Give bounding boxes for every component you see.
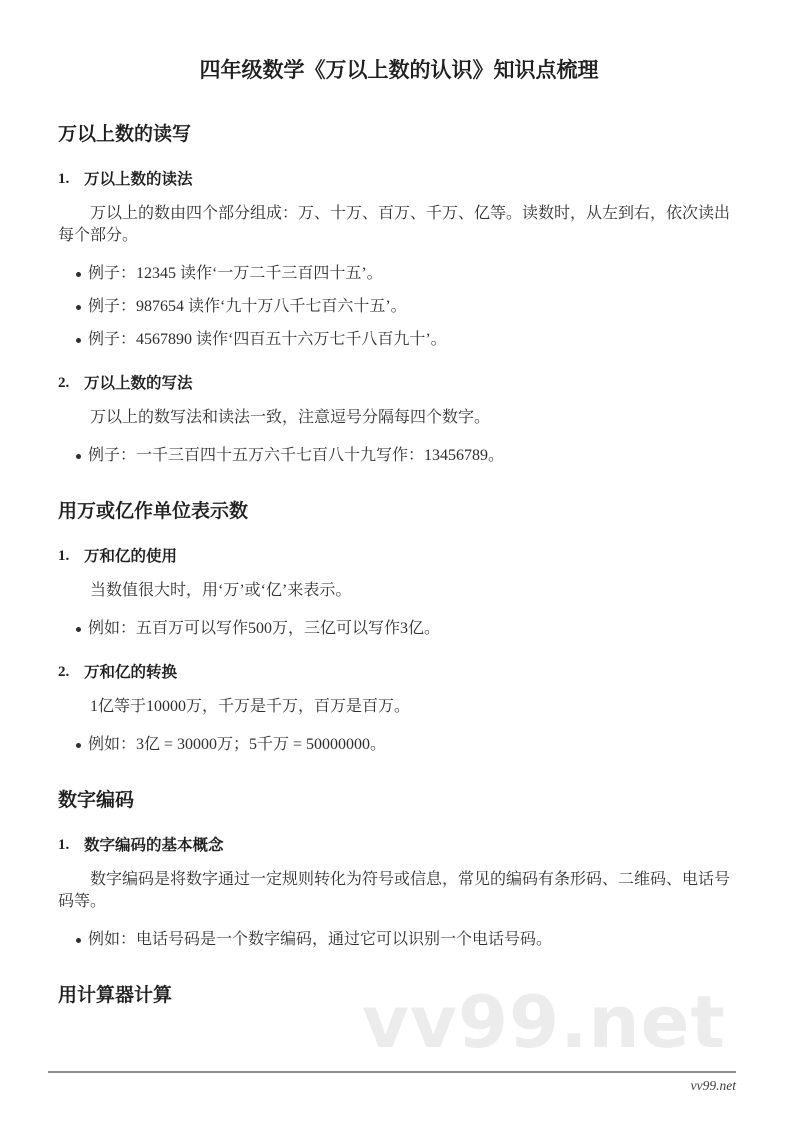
document-page: vv99.net 四年级数学《万以上数的认识》知识点梳理 万以上数的读写 1. … [0,0,800,1130]
numbered-subheading: 1. 数字编码的基本概念 [58,835,740,856]
section-heading: 数字编码 [58,789,740,813]
section-heading: 用计算器计算 [58,984,740,1008]
bullet-list: 例如：3亿 = 30000万；5千万 = 50000000。 [58,734,740,756]
body-paragraph: 数字编码是将数字通过一定规则转化为符号或信息，常见的编码有条形码、二维码、电话号… [58,869,740,913]
numbered-subheading: 2. 万和亿的转换 [58,662,740,683]
item-number: 2. [58,373,84,394]
bullet-item: 例如：电话号码是一个数字编码，通过它可以识别一个电话号码。 [58,929,740,951]
footer-divider [48,1071,736,1073]
body-paragraph: 万以上的数写法和读法一致，注意逗号分隔每四个数字。 [58,407,740,429]
item-number: 1. [58,546,84,567]
numbered-subheading: 1. 万和亿的使用 [58,546,740,567]
page-title: 四年级数学《万以上数的认识》知识点梳理 [58,56,740,86]
section-reading-writing: 万以上数的读写 1. 万以上数的读法 万以上的数由四个部分组成：万、十万、百万、… [58,123,740,467]
item-subheading: 万以上数的读法 [84,169,193,190]
section-digital-coding: 数字编码 1. 数字编码的基本概念 数字编码是将数字通过一定规则转化为符号或信息… [58,789,740,951]
item-subheading: 万和亿的转换 [84,662,177,683]
bullet-item: 例子：4567890 读作‘四百五十六万七千八百九十’。 [58,329,740,351]
item-number: 2. [58,662,84,683]
document-content: 四年级数学《万以上数的认识》知识点梳理 万以上数的读写 1. 万以上数的读法 万… [0,0,800,1008]
section-heading: 用万或亿作单位表示数 [58,500,740,524]
section-wan-yi-units: 用万或亿作单位表示数 1. 万和亿的使用 当数值很大时，用‘万’或‘亿’来表示。… [58,500,740,756]
item-number: 1. [58,835,84,856]
body-paragraph: 当数值很大时，用‘万’或‘亿’来表示。 [58,580,740,602]
numbered-subheading: 1. 万以上数的读法 [58,169,740,190]
item-subheading: 数字编码的基本概念 [84,835,224,856]
bullet-item: 例如：3亿 = 30000万；5千万 = 50000000。 [58,734,740,756]
bullet-list: 例子：12345 读作‘一万二千三百四十五’。 例子：987654 读作‘九十万… [58,263,740,351]
bullet-list: 例如：五百万可以写作500万，三亿可以写作3亿。 [58,618,740,640]
item-subheading: 万和亿的使用 [84,546,177,567]
body-paragraph: 万以上的数由四个部分组成：万、十万、百万、千万、亿等。读数时，从左到右，依次读出… [58,203,740,247]
bullet-item: 例子：一千三百四十五万六千七百八十九写作：13456789。 [58,445,740,467]
bullet-item: 例如：五百万可以写作500万，三亿可以写作3亿。 [58,618,740,640]
item-number: 1. [58,169,84,190]
section-calculator: 用计算器计算 [58,984,740,1008]
section-heading: 万以上数的读写 [58,123,740,147]
body-paragraph: 1亿等于10000万，千万是千万，百万是百万。 [58,696,740,718]
bullet-item: 例子：12345 读作‘一万二千三百四十五’。 [58,263,740,285]
bullet-list: 例如：电话号码是一个数字编码，通过它可以识别一个电话号码。 [58,929,740,951]
bullet-list: 例子：一千三百四十五万六千七百八十九写作：13456789。 [58,445,740,467]
bullet-item: 例子：987654 读作‘九十万八千七百六十五’。 [58,296,740,318]
item-subheading: 万以上数的写法 [84,373,193,394]
numbered-subheading: 2. 万以上数的写法 [58,373,740,394]
footer-site-text: vv99.net [691,1078,736,1094]
